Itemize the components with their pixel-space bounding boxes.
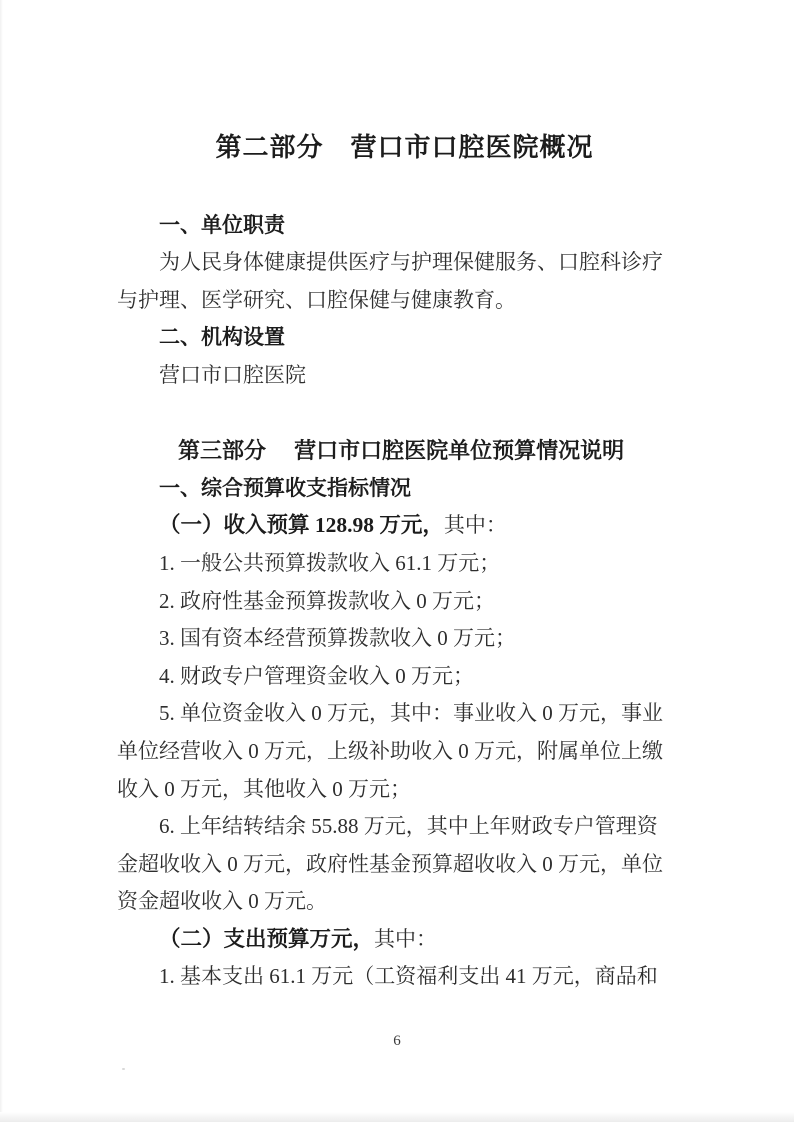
income-line-1: 1. 一般公共预算拨款收入 61.1 万元；	[117, 545, 670, 583]
page-bottom-edge	[0, 1112, 794, 1122]
expense-lead: （二）支出预算万元，其中：	[117, 921, 670, 959]
income-line-9: 金超收收入 0 万元，政府性基金预算超收收入 0 万元，单位	[117, 846, 670, 884]
income-line-5: 5. 单位资金收入 0 万元，其中：事业收入 0 万元，事业	[117, 695, 670, 733]
part3-title: 第三部分 营口市口腔医院单位预算情况说明	[117, 432, 670, 470]
budget-overview-heading: 一、综合预算收支指标情况	[117, 470, 670, 508]
income-lead-rest: 其中：	[444, 513, 507, 537]
duties-heading: 一、单位职责	[117, 207, 670, 245]
duties-line-2: 与护理、医学研究、口腔保健与健康教育。	[117, 282, 670, 320]
income-line-8: 6. 上年结转结余 55.88 万元，其中上年财政专户管理资	[117, 808, 670, 846]
income-line-4: 4. 财政专户管理资金收入 0 万元；	[117, 658, 670, 696]
income-line-10: 资金超收收入 0 万元。	[117, 883, 670, 921]
income-lead: （一）收入预算 128.98 万元，其中：	[117, 507, 670, 545]
page-left-edge	[0, 0, 3, 1122]
income-line-3: 3. 国有资本经营预算拨款收入 0 万元；	[117, 620, 670, 658]
page-number: 6	[0, 1033, 794, 1050]
expense-lead-rest: 其中：	[374, 927, 437, 951]
expense-lead-bold: （二）支出预算万元，	[159, 927, 374, 951]
document-page: 第二部分 营口市口腔医院概况 一、单位职责 为人民身体健康提供医疗与护理保健服务…	[0, 0, 794, 1122]
income-line-2: 2. 政府性基金预算拨款收入 0 万元；	[117, 583, 670, 621]
expense-line-1: 1. 基本支出 61.1 万元（工资福利支出 41 万元，商品和	[117, 958, 670, 996]
document-content: 第二部分 营口市口腔医院概况 一、单位职责 为人民身体健康提供医疗与护理保健服务…	[117, 0, 670, 996]
part2-title: 第二部分 营口市口腔医院概况	[128, 129, 681, 167]
income-line-6: 单位经营收入 0 万元，上级补助收入 0 万元，附属单位上缴	[117, 733, 670, 771]
income-lead-bold: （一）收入预算 128.98 万元，	[159, 513, 444, 537]
org-heading: 二、机构设置	[117, 319, 670, 357]
income-line-7: 收入 0 万元，其他收入 0 万元；	[117, 771, 670, 809]
scan-speck	[122, 1068, 125, 1070]
org-body: 营口市口腔医院	[117, 357, 670, 395]
duties-line-1: 为人民身体健康提供医疗与护理保健服务、口腔科诊疗	[117, 244, 670, 282]
